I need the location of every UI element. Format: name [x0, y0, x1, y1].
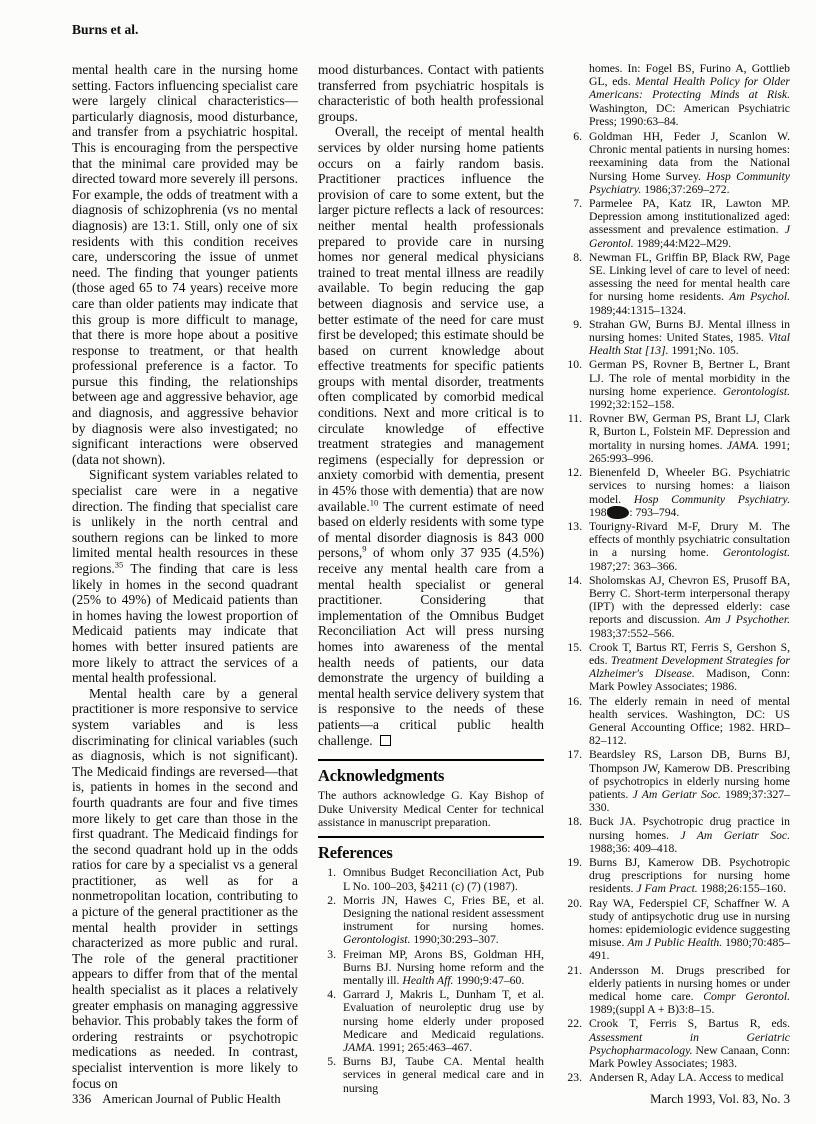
text-segment: JAMA. [343, 1041, 375, 1054]
text-segment: Garrard J, Makris L, Dunham T, et al. Ev… [343, 988, 544, 1041]
text-segment: 10 [370, 497, 379, 507]
text-segment: of whom only 37 935 (4.5%) receive any m… [318, 545, 544, 747]
reference-number: 18. [564, 815, 582, 828]
body-paragraph: Significant system variables related to … [72, 467, 298, 685]
reference-number: 1. [318, 866, 336, 879]
text-segment: Parmelee PA, Katz IR, Lawton MP. Depress… [589, 197, 790, 236]
reference-item: 5.Burns BJ, Taube CA. Mental health serv… [318, 1055, 544, 1095]
references-list: 1.Omnibus Budget Reconciliation Act, Pub… [318, 866, 544, 1094]
reference-item: 13.Tourigny-Rivard M-F, Drury M. The eff… [564, 520, 790, 573]
reference-number: 23. [564, 1071, 582, 1084]
column-2-paragraphs: mood disturbances. Contact with patients… [318, 62, 544, 748]
reference-item: 3.Freiman MP, Arons BS, Goldman HH, Burn… [318, 948, 544, 988]
reference-number: 6. [564, 130, 582, 143]
text-segment: Gerontologist. [723, 546, 790, 559]
reference-item: 22.Crook T, Ferris S, Bartus R, eds. Ass… [564, 1017, 790, 1070]
reference-item: 19.Burns BJ, Kamerow DB. Psychotropic dr… [564, 856, 790, 896]
article-columns: mental health care in the nursing home s… [72, 62, 790, 1096]
text-segment: Am Psychol. [729, 290, 790, 303]
text-segment: 1988;26:155–160. [698, 882, 786, 895]
reference-item: 2.Morris JN, Hawes C, Fries BE, et al. D… [318, 894, 544, 947]
text-segment: Am J Public Health. [627, 936, 722, 949]
reference-number: 13. [564, 520, 582, 533]
body-paragraph: mental health care in the nursing home s… [72, 62, 298, 467]
text-segment: 1992;32:152–158. [589, 398, 674, 411]
text-segment: The elderly remain in need of mental hea… [589, 695, 790, 748]
section-rule [318, 836, 544, 838]
reference-item: 12.Bienenfeld D, Wheeler BG. Psychiatric… [564, 466, 790, 519]
text-segment: JAMA. [727, 439, 759, 452]
reference-number: 5. [318, 1055, 336, 1068]
body-paragraph: mood disturbances. Contact with patients… [318, 62, 544, 124]
reference-number: 20. [564, 897, 582, 910]
text-segment: 1989;(suppl A + B)3:8–15. [589, 1003, 714, 1016]
reference-item: 20.Ray WA, Federspiel CF, Schaffner W. A… [564, 897, 790, 963]
text-segment: Gerontologist. [343, 933, 410, 946]
text-segment: 1983;37:552–566. [589, 627, 674, 640]
column-2: mood disturbances. Contact with patients… [318, 62, 544, 1096]
footer-left: 336 American Journal of Public Health [72, 1092, 281, 1107]
body-paragraph: Mental health care by a general practiti… [72, 686, 298, 1091]
section-rule [318, 759, 544, 761]
text-segment: The finding that care is less likely in … [72, 561, 298, 685]
footer-journal-title: American Journal of Public Health [102, 1092, 280, 1107]
reference-number: 7. [564, 197, 582, 210]
text-segment: 1987;27: 363–366. [589, 560, 677, 573]
text-segment: Significant system variables related to … [72, 467, 298, 576]
text-segment: Am J Psychother. [705, 613, 790, 626]
reference-item: 17.Beardsley RS, Larson DB, Burns BJ, Th… [564, 748, 790, 814]
text-segment: J Am Geriatr Soc. [680, 829, 790, 842]
reference-number: 4. [318, 988, 336, 1001]
text-segment: mood disturbances. Contact with patients… [318, 62, 544, 124]
reference-number: 17. [564, 748, 582, 761]
reference-item: 6.Goldman HH, Feder J, Scanlon W. Chroni… [564, 130, 790, 196]
text-segment: Health Aff. [402, 974, 453, 987]
reference-item: 14.Sholomskas AJ, Chevron ES, Prusoff BA… [564, 574, 790, 640]
reference-item: 9.Strahan GW, Burns BJ. Mental illness i… [564, 318, 790, 358]
reference-number: 8. [564, 251, 582, 264]
reference-number: 10. [564, 358, 582, 371]
reference-number: 19. [564, 856, 582, 869]
page-footer: 336 American Journal of Public Health Ma… [72, 1092, 790, 1107]
text-segment: 198 [589, 506, 607, 519]
text-segment: 1989;44:1315–1324. [589, 304, 686, 317]
text-segment: Gerontologist. [723, 385, 790, 398]
text-segment: Omnibus Budget Reconciliation Act, Pub L… [343, 866, 544, 892]
ink-smudge: 9;40 [607, 506, 630, 519]
reference-item: 23.Andersen R, Aday LA. Access to medica… [564, 1071, 790, 1084]
reference-continuation: homes. In: Fogel BS, Furino A, Gottlieb … [589, 62, 790, 128]
column-3: homes. In: Fogel BS, Furino A, Gottlieb … [564, 62, 790, 1096]
reference-number: 21. [564, 964, 582, 977]
reference-number: 3. [318, 948, 336, 961]
text-segment: Burns BJ, Taube CA. Mental health servic… [343, 1055, 544, 1094]
text-segment: 35 [115, 560, 124, 570]
text-segment: Morris JN, Hawes C, Fries BE, et al. Des… [343, 894, 544, 933]
body-paragraph: Overall, the receipt of mental health se… [318, 124, 544, 748]
reference-number: 14. [564, 574, 582, 587]
reference-number: 15. [564, 641, 582, 654]
acknowledgments-text: The authors acknowledge G. Kay Bishop of… [318, 789, 544, 829]
reference-number: 12. [564, 466, 582, 479]
reference-number: 16. [564, 695, 582, 708]
references-list: 6.Goldman HH, Feder J, Scanlon W. Chroni… [564, 130, 790, 1084]
references-heading: References [318, 843, 544, 863]
reference-number: 9. [564, 318, 582, 331]
running-head: Burns et al. [72, 22, 138, 38]
column-1: mental health care in the nursing home s… [72, 62, 298, 1096]
acknowledgments-heading: Acknowledgments [318, 766, 544, 786]
reference-number: 2. [318, 894, 336, 907]
reference-number: 22. [564, 1017, 582, 1030]
reference-item: 21.Andersson M. Drugs prescribed for eld… [564, 964, 790, 1017]
text-segment: 1986;37:269–272. [641, 183, 729, 196]
reference-item: 18.Buck JA. Psychotropic drug practice i… [564, 815, 790, 855]
text-segment: mental health care in the nursing home s… [72, 62, 298, 467]
text-segment: J Am Geriatr Soc. [633, 788, 721, 801]
text-segment: 1990;30:293–307. [410, 933, 498, 946]
reference-number: 11. [564, 412, 582, 425]
reference-item: 15.Crook T, Bartus RT, Ferris S, Gershon… [564, 641, 790, 694]
text-segment: J Fam Pract. [636, 882, 697, 895]
journal-page: Burns et al. mental health care in the n… [0, 0, 816, 1124]
text-segment: 1991; 265:463–467. [375, 1041, 472, 1054]
reference-item: 8.Newman FL, Griffin BP, Black RW, Page … [564, 251, 790, 317]
footer-page-number: 336 [72, 1092, 91, 1107]
text-segment: Strahan GW, Burns BJ. Mental illness in … [589, 318, 790, 344]
text-segment: Andersen R, Aday LA. Access to medical [589, 1071, 784, 1084]
text-segment: 1988;36: 409–418. [589, 842, 677, 855]
text-segment: Mental health care by a general practiti… [72, 686, 298, 1091]
text-segment: Overall, the receipt of mental health se… [318, 124, 544, 513]
end-of-article-marker [380, 735, 391, 746]
reference-item: 11.Rovner BW, German PS, Brant LJ, Clark… [564, 412, 790, 465]
reference-item: 10.German PS, Rovner B, Bertner L, Brant… [564, 358, 790, 411]
text-segment: Crook T, Ferris S, Bartus R, eds. [589, 1017, 790, 1030]
text-segment: 1989;44:M22–M29. [634, 237, 731, 250]
text-segment: : 793–794. [629, 506, 679, 519]
text-segment: 1991;No. 105. [669, 344, 739, 357]
reference-item: 4.Garrard J, Makris L, Dunham T, et al. … [318, 988, 544, 1054]
reference-item: 7.Parmelee PA, Katz IR, Lawton MP. Depre… [564, 197, 790, 250]
text-segment: Compr Gerontol. [703, 990, 790, 1003]
footer-issue-info: March 1993, Vol. 83, No. 3 [650, 1092, 790, 1107]
text-segment: Hosp Community Psychiatry. [634, 493, 790, 506]
text-segment: Washington, DC: American Psychiatric Pre… [589, 102, 790, 128]
reference-item: 16.The elderly remain in need of mental … [564, 695, 790, 748]
text-segment: 1990;9:47–60. [453, 974, 524, 987]
reference-item: 1.Omnibus Budget Reconciliation Act, Pub… [318, 866, 544, 892]
